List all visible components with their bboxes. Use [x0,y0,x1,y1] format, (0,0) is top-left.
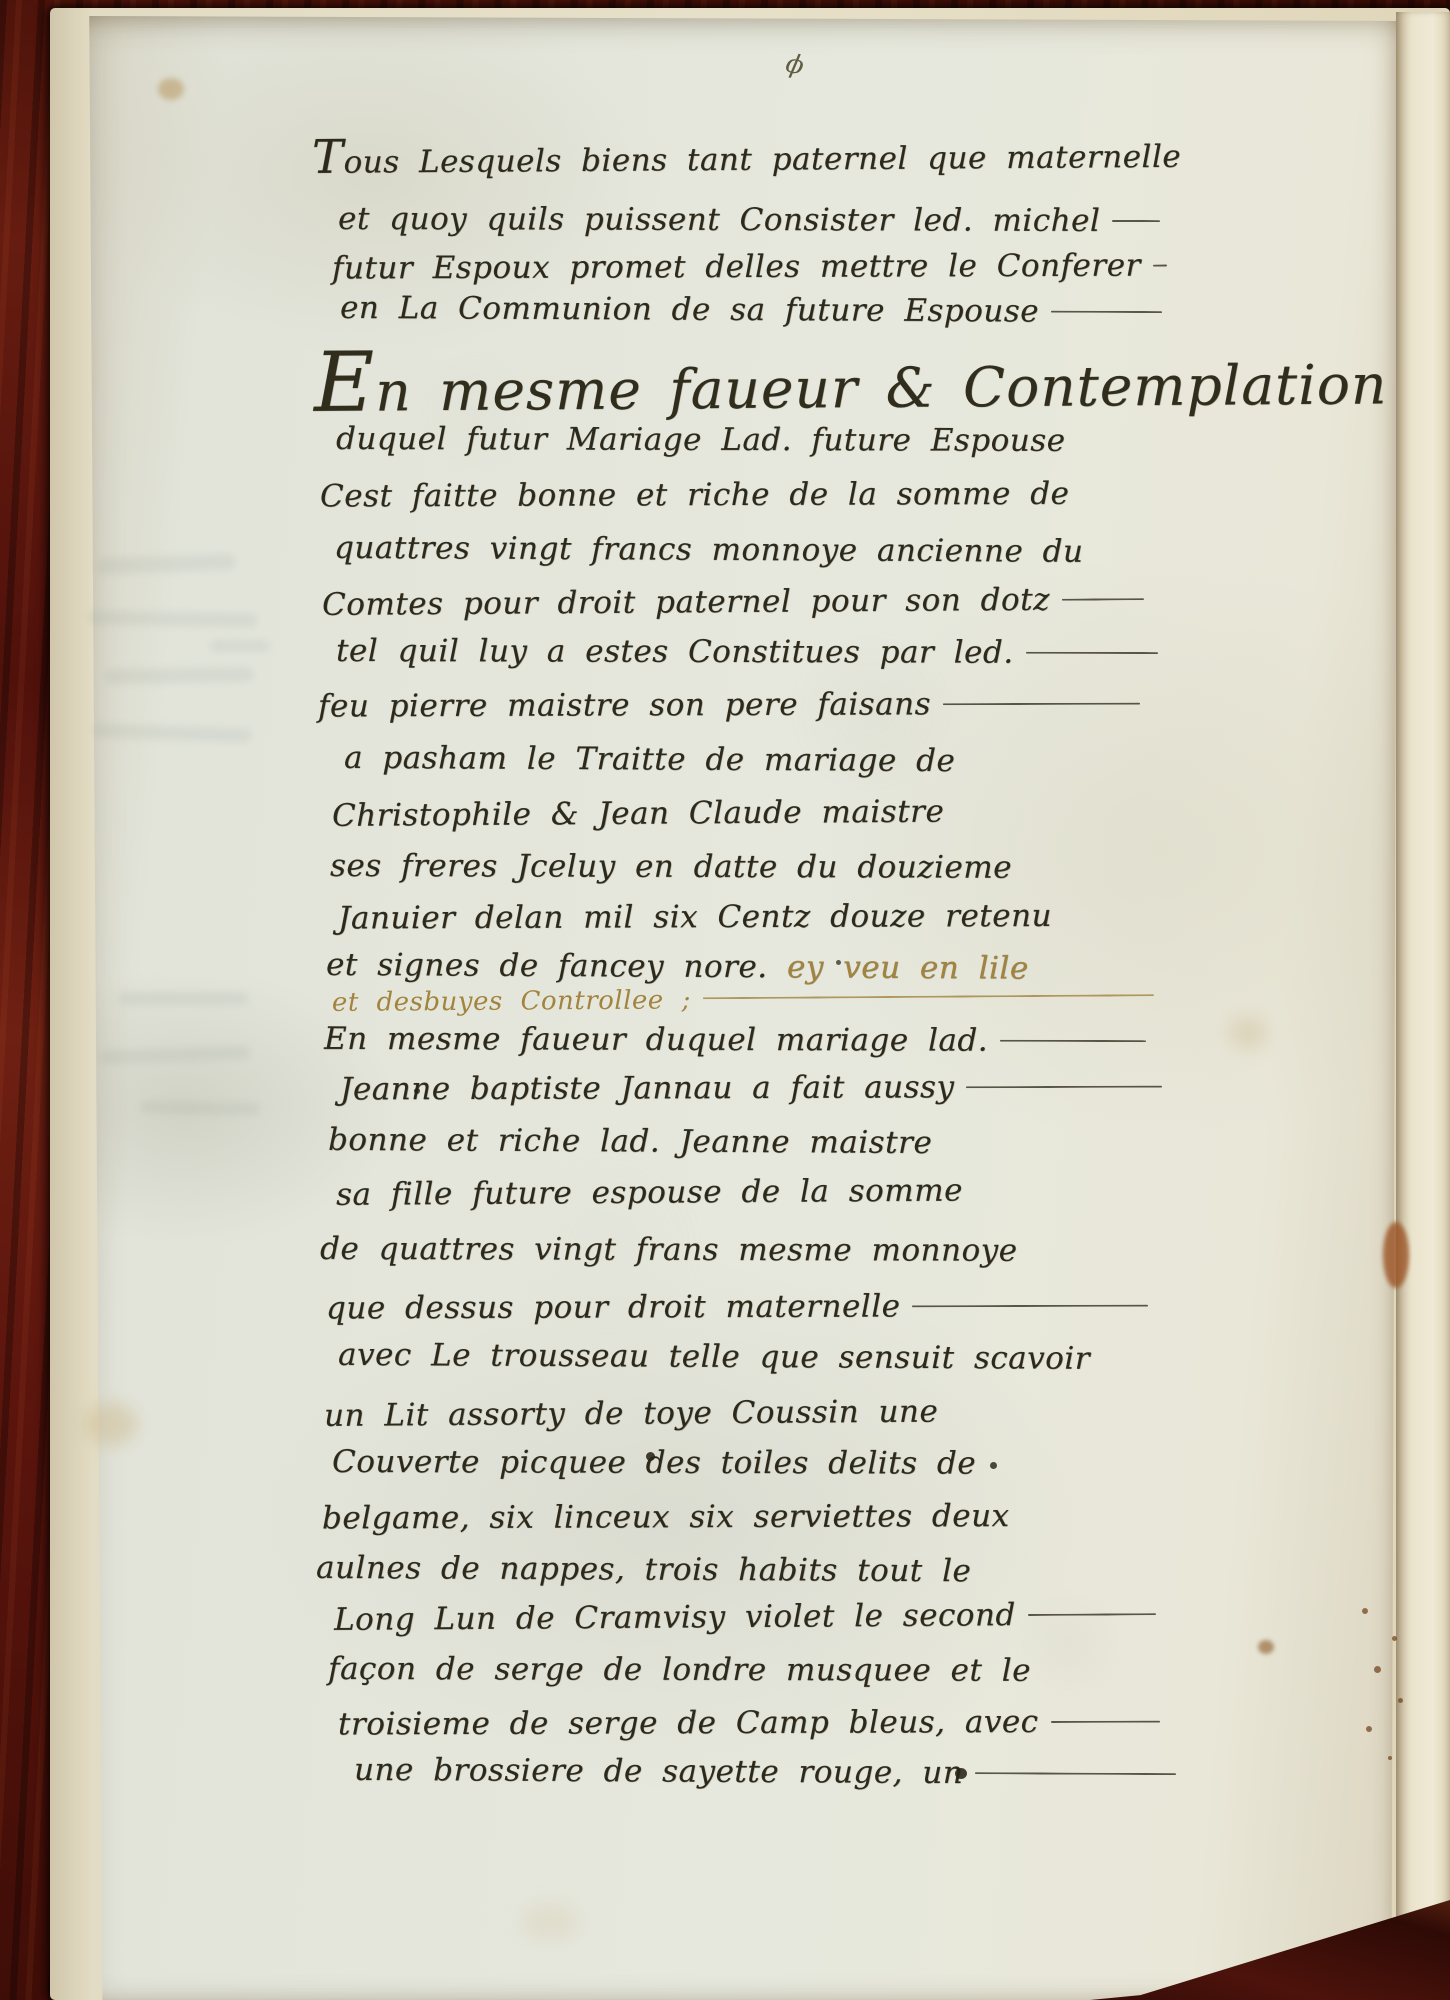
manuscript-line: et quoy quils puissent Consister led. mi… [338,202,1160,240]
manuscript-line-text: sa fille future espouse de la somme [336,1173,963,1213]
manuscript-line-text: que dessus pour droit maternelle [326,1289,901,1327]
manuscript-line: Januier delan mil six Centz douze retenu [338,899,1160,938]
section-heading-line: En mesme faueur & Contemplation [314,349,1136,424]
manuscript-line: bonne et riche lad. Jeanne maistre [328,1123,1150,1163]
manuscript-line: Christophile & Jean Claude maistre [332,793,1154,834]
manuscript-line: en La Communion de sa future Espouse [340,291,1162,331]
manuscript-line-text: En mesme faueur & Contemplation [314,347,1388,424]
manuscript-line: Tous Lesquels biens tant paternel que ma… [312,135,1134,181]
manuscript-line: de quattres vingt frans mesme monnoye [320,1232,1142,1270]
manuscript-line-text: Jeanne baptiste Jannau a fait aussy [340,1070,955,1108]
line-filler-dash [966,1086,1162,1089]
manuscript-line-text: aulnes de nappes, trois habits tout le [316,1551,971,1590]
manuscript-line: Comtes pour droit paternel pour son dotz [322,582,1144,623]
manuscript-line-text: futur Espoux promet delles mettre le Con… [332,249,1141,287]
manuscript-line-text: Comtes pour droit paternel pour son dotz [322,583,1050,624]
manuscript-line-text: une brossiere de sayette rouge, un [354,1753,963,1792]
line-filler-dash [1062,598,1144,601]
manuscript-line-text: façon de serge de londre musquee et le [328,1652,1031,1689]
line-filler-dash [943,703,1140,706]
manuscript-line: a pasham le Traitte de mariage de [344,741,1166,781]
manuscript-line: troisieme de serge de Camp bleus, avec [338,1705,1160,1744]
manuscript-line-text: Long Lun de Cramvisy violet le second [334,1598,1016,1638]
manuscript-line-text: Christophile & Jean Claude maistre [332,795,944,835]
line-filler-dash [1028,1613,1156,1616]
manuscript-photo: ϕ Tous Lesquels biens tant paternel que … [0,0,1450,2000]
manuscript-line: une brossiere de sayette rouge, un [354,1753,1176,1793]
manuscript-line-text: Tous Lesquels biens tant paternel que ma… [312,135,1181,182]
manuscript-line-text: troisieme de serge de Camp bleus, avec [338,1705,1039,1743]
manuscript-line: feu pierre maistre son pere faisans [318,687,1140,726]
manuscript-line: aulnes de nappes, trois habits tout le [316,1551,1138,1591]
manuscript-line: que dessus pour droit maternelle [326,1289,1148,1328]
manuscript-line: duquel futur Mariage Lad. future Espouse [336,422,1158,460]
line-filler-dash [1000,1040,1146,1042]
line-filler-dash [1153,265,1167,267]
manuscript-line: façon de serge de londre musquee et le [328,1652,1150,1690]
line-filler-dash [1026,652,1158,654]
manuscript-line-text: Januier delan mil six Centz douze retenu [338,899,1052,937]
manuscript-line: et signes de fancey nore. ey veu en lile [326,948,1148,988]
manuscript-line-text: belgame, six linceux six serviettes deux [322,1499,1010,1537]
manuscript-line-text: tel quil luy a estes Constitues par led. [336,634,1014,671]
manuscript-line: sa fille future espouse de la somme [336,1172,1158,1213]
manuscript-line: En mesme faueur duquel mariage lad. [324,1022,1146,1060]
manuscript-line-text: En mesme faueur duquel mariage lad. [324,1022,988,1059]
manuscript-line: futur Espoux promet delles mettre le Con… [332,249,1154,288]
manuscript-line: Cest faitte bonne et riche de la somme d… [320,477,1142,516]
line-filler-dash [1112,220,1160,222]
manuscript-line-text: ses freres Jceluy en datte du douzieme [330,849,1012,886]
line-filler-dash [1051,1721,1160,1723]
manuscript-line-text: et desbuyes Controllee ; [332,986,691,1018]
line-filler-dash [1051,311,1162,314]
manuscript-line: belgame, six linceux six serviettes deux [322,1499,1144,1538]
manuscript-line: et desbuyes Controllee ; [332,983,1154,1019]
manuscript-line: quattres vingt francs monnoye ancienne d… [334,531,1156,571]
manuscript-line-text: et quoy quils puissent Consister led. mi… [338,202,1100,240]
manuscript-line: Jeanne baptiste Jannau a fait aussy [340,1070,1162,1109]
manuscript-line-text: a pasham le Traitte de mariage de [344,741,955,780]
manuscript-line: Long Lun de Cramvisy violet le second [334,1597,1156,1638]
manuscript-line: Couverte picquee des toiles delits de [332,1445,1154,1483]
manuscript-line-text: bonne et riche lad. Jeanne maistre [328,1123,932,1162]
manuscript-line: avec Le trousseau telle que sensuit scav… [338,1338,1160,1378]
line-filler-dash [912,1305,1148,1308]
manuscript-line-text: duquel futur Mariage Lad. future Espouse [336,422,1066,460]
manuscript-line: ses freres Jceluy en datte du douzieme [330,849,1152,887]
manuscript-line-text: quattres vingt francs monnoye ancienne d… [334,531,1084,571]
manuscript-text: Tous Lesquels biens tant paternel que ma… [0,0,1450,2000]
manuscript-line-text: feu pierre maistre son pere faisans [318,687,931,725]
manuscript-line-text: en La Communion de sa future Espouse [340,291,1039,330]
line-filler-dash [975,1772,1176,1775]
manuscript-line-text: de quattres vingt frans mesme monnoye [320,1232,1018,1269]
manuscript-line: un Lit assorty de toye Coussin une [324,1393,1146,1434]
manuscript-line-text: un Lit assorty de toye Coussin une [324,1395,938,1435]
line-filler-dash [703,994,1154,999]
manuscript-line-text: avec Le trousseau telle que sensuit scav… [338,1338,1090,1378]
manuscript-line: tel quil luy a estes Constitues par led. [336,634,1158,672]
faded-ink-addition: ey veu en lile [768,950,1029,987]
manuscript-line-text: Cest faitte bonne et riche de la somme d… [320,477,1069,515]
manuscript-line-text: et signes de fancey nore. [326,948,768,986]
manuscript-line-text: Couverte picquee des toiles delits de [332,1445,976,1482]
